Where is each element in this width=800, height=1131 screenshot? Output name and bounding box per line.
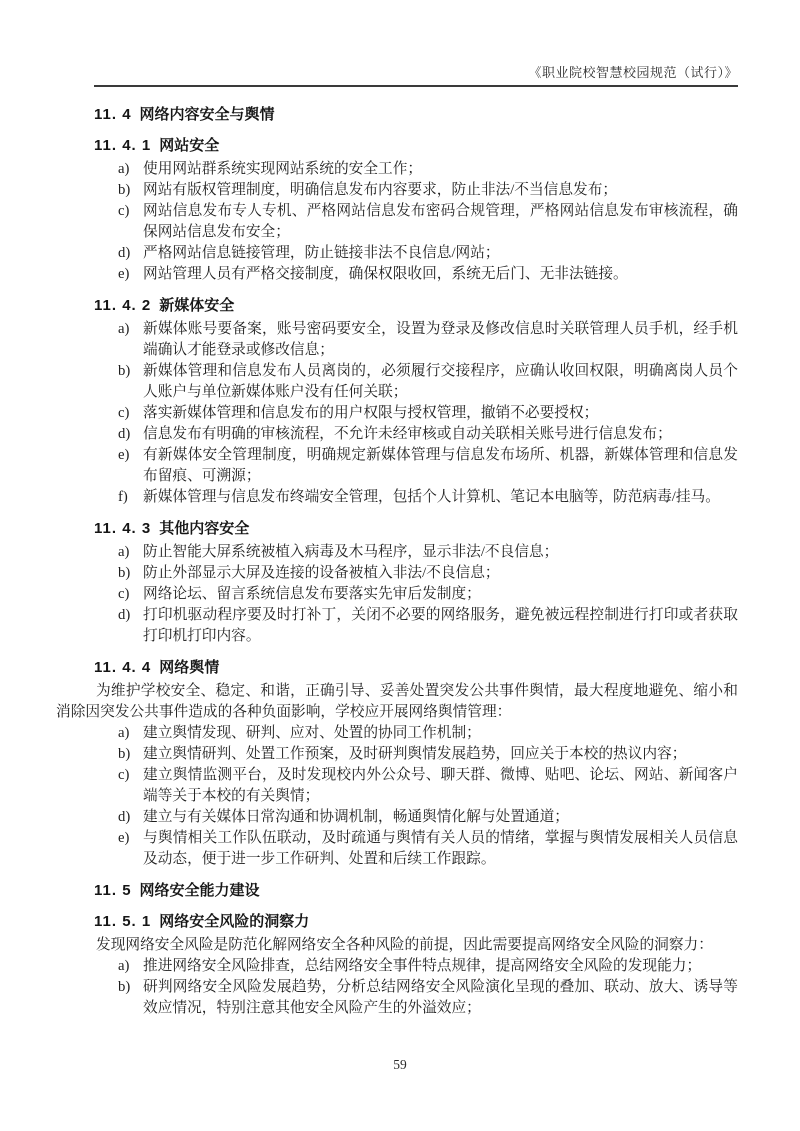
list-item: a)防止智能大屏系统被植入病毒及木马程序，显示非法/不良信息； xyxy=(56,542,738,563)
page-footer: 59 xyxy=(0,1054,800,1075)
list-item: d)建立与有关媒体日常沟通和协调机制，畅通舆情化解与处置通道； xyxy=(56,807,738,828)
paragraph-11-4-4-intro: 为维护学校安全、稳定、和谐，正确引导、妥善处置突发公共事件舆情，最大程度地避免、… xyxy=(56,681,738,723)
list-text: 推进网络安全风险排查，总结网络安全事件特点规律，提高网络安全风险的发现能力； xyxy=(143,958,701,974)
list-text: 打印机驱动程序要及时打补丁，关闭不必要的网络服务，避免被远程控制进行打印或者获取… xyxy=(143,607,738,644)
list-text: 与舆情相关工作队伍联动，及时疏通与舆情有关人员的情绪，掌握与舆情发展相关人员信息… xyxy=(143,830,738,867)
list-marker: c) xyxy=(118,584,129,605)
list-text: 信息发布有明确的审核流程，不允许未经审核或自动关联相关账号进行信息发布； xyxy=(143,426,672,442)
section-heading-11-4: 11. 4网络内容安全与舆情 xyxy=(94,104,738,125)
list-item: d)严格网站信息链接管理，防止链接非法不良信息/网站； xyxy=(56,243,738,264)
list-item: e)与舆情相关工作队伍联动，及时疏通与舆情有关人员的情绪，掌握与舆情发展相关人员… xyxy=(56,828,738,870)
list-marker: d) xyxy=(118,424,130,445)
list-text: 网站信息发布专人专机、严格网站信息发布密码合规管理，严格网站信息发布审核流程，确… xyxy=(143,203,738,240)
section-number: 11. 4. 3 xyxy=(94,520,151,537)
section-title: 网络舆情 xyxy=(159,659,219,676)
list-item: d)信息发布有明确的审核流程，不允许未经审核或自动关联相关账号进行信息发布； xyxy=(56,424,738,445)
list-marker: f) xyxy=(118,487,128,508)
list-item: a)使用网站群系统实现网站系统的安全工作； xyxy=(56,159,738,180)
list-marker: a) xyxy=(118,723,129,744)
list-11-5-1: a)推进网络安全风险排查，总结网络安全事件特点规律，提高网络安全风险的发现能力；… xyxy=(56,956,738,1019)
header-rule xyxy=(94,85,738,87)
list-marker: e) xyxy=(118,445,129,466)
list-marker: a) xyxy=(118,319,129,340)
list-marker: a) xyxy=(118,159,129,180)
list-marker: d) xyxy=(118,243,130,264)
section-title: 网站安全 xyxy=(159,137,219,154)
list-marker: b) xyxy=(118,744,130,765)
list-marker: d) xyxy=(118,807,130,828)
list-11-4-4: a)建立舆情发现、研判、应对、处置的协同工作机制； b)建立舆情研判、处置工作预… xyxy=(56,723,738,870)
list-item: c)落实新媒体管理和信息发布的用户权限与授权管理，撤销不必要授权； xyxy=(56,403,738,424)
list-marker: c) xyxy=(118,201,129,222)
list-item: a)新媒体账号要备案，账号密码要安全，设置为登录及修改信息时关联管理人员手机，经… xyxy=(56,319,738,361)
list-item: f)新媒体管理与信息发布终端安全管理，包括个人计算机、笔记本电脑等，防范病毒/挂… xyxy=(56,487,738,508)
section-number: 11. 4 xyxy=(94,106,132,123)
list-text: 研判网络安全风险发展趋势，分析总结网络安全风险演化呈现的叠加、联动、放大、诱导等… xyxy=(143,979,738,1016)
list-text: 新媒体管理和信息发布人员离岗的，必须履行交接程序，应确认收回权限，明确离岗人员个… xyxy=(143,363,738,400)
list-marker: c) xyxy=(118,403,129,424)
list-item: a)推进网络安全风险排查，总结网络安全事件特点规律，提高网络安全风险的发现能力； xyxy=(56,956,738,977)
list-text: 网站管理人员有严格交接制度，确保权限收回，系统无后门、无非法链接。 xyxy=(143,266,628,282)
section-heading-11-4-4: 11. 4. 4网络舆情 xyxy=(94,657,738,678)
list-item: b)防止外部显示大屏及连接的设备被植入非法/不良信息； xyxy=(56,563,738,584)
list-text: 有新媒体安全管理制度，明确规定新媒体管理与信息发布场所、机器，新媒体管理和信息发… xyxy=(143,447,738,484)
list-text: 防止外部显示大屏及连接的设备被植入非法/不良信息； xyxy=(143,565,500,581)
list-item: c)建立舆情监测平台，及时发现校内外公众号、聊天群、微博、贴吧、论坛、网站、新闻… xyxy=(56,765,738,807)
running-header-title: 《职业院校智慧校园规范（试行）》 xyxy=(0,64,738,81)
section-number: 11. 4. 1 xyxy=(94,137,151,154)
section-heading-11-5-1: 11. 5. 1网络安全风险的洞察力 xyxy=(94,911,738,932)
list-11-4-3: a)防止智能大屏系统被植入病毒及木马程序，显示非法/不良信息； b)防止外部显示… xyxy=(56,542,738,647)
section-heading-11-5: 11. 5网络安全能力建设 xyxy=(94,880,738,901)
list-item: c)网络论坛、留言系统信息发布要落实先审后发制度； xyxy=(56,584,738,605)
list-marker: d) xyxy=(118,605,130,626)
section-heading-11-4-3: 11. 4. 3其他内容安全 xyxy=(94,518,738,539)
list-text: 使用网站群系统实现网站系统的安全工作； xyxy=(143,161,422,177)
section-heading-11-4-2: 11. 4. 2新媒体安全 xyxy=(94,295,738,316)
section-number: 11. 4. 4 xyxy=(94,659,151,676)
list-11-4-2: a)新媒体账号要备案，账号密码要安全，设置为登录及修改信息时关联管理人员手机，经… xyxy=(56,319,738,508)
list-marker: e) xyxy=(118,828,129,849)
list-marker: b) xyxy=(118,563,130,584)
list-marker: b) xyxy=(118,361,130,382)
section-title: 新媒体安全 xyxy=(159,297,234,314)
list-text: 网站有版权管理制度，明确信息发布内容要求，防止非法/不当信息发布； xyxy=(143,182,617,198)
list-text: 建立舆情研判、处置工作预案，及时研判舆情发展趋势，回应关于本校的热议内容； xyxy=(143,746,686,762)
list-text: 建立舆情监测平台，及时发现校内外公众号、聊天群、微博、贴吧、论坛、网站、新闻客户… xyxy=(143,767,738,804)
section-title: 网络内容安全与舆情 xyxy=(140,106,275,123)
list-text: 新媒体账号要备案，账号密码要安全，设置为登录及修改信息时关联管理人员手机，经手机… xyxy=(143,321,738,358)
list-item: a)建立舆情发现、研判、应对、处置的协同工作机制； xyxy=(56,723,738,744)
section-title: 网络安全能力建设 xyxy=(140,882,260,899)
list-marker: a) xyxy=(118,956,129,977)
list-marker: e) xyxy=(118,264,129,285)
list-11-4-1: a)使用网站群系统实现网站系统的安全工作； b)网站有版权管理制度，明确信息发布… xyxy=(56,159,738,285)
section-title: 网络安全风险的洞察力 xyxy=(159,913,309,930)
list-item: e)网站管理人员有严格交接制度，确保权限收回，系统无后门、无非法链接。 xyxy=(56,264,738,285)
list-marker: c) xyxy=(118,765,129,786)
section-number: 11. 4. 2 xyxy=(94,297,151,314)
paragraph-11-5-1-intro: 发现网络安全风险是防范化解网络安全各种风险的前提，因此需要提高网络安全风险的洞察… xyxy=(56,935,738,956)
section-number: 11. 5 xyxy=(94,882,132,899)
section-number: 11. 5. 1 xyxy=(94,913,151,930)
list-item: b)建立舆情研判、处置工作预案，及时研判舆情发展趋势，回应关于本校的热议内容； xyxy=(56,744,738,765)
list-item: d)打印机驱动程序要及时打补丁，关闭不必要的网络服务，避免被远程控制进行打印或者… xyxy=(56,605,738,647)
list-item: e)有新媒体安全管理制度，明确规定新媒体管理与信息发布场所、机器，新媒体管理和信… xyxy=(56,445,738,487)
running-header: 《职业院校智慧校园规范（试行）》 xyxy=(0,64,738,87)
list-item: b)研判网络安全风险发展趋势，分析总结网络安全风险演化呈现的叠加、联动、放大、诱… xyxy=(56,977,738,1019)
list-text: 网络论坛、留言系统信息发布要落实先审后发制度； xyxy=(143,586,481,602)
list-text: 防止智能大屏系统被植入病毒及木马程序，显示非法/不良信息； xyxy=(143,544,558,560)
list-text: 新媒体管理与信息发布终端安全管理，包括个人计算机、笔记本电脑等，防范病毒/挂马。 xyxy=(143,489,720,505)
list-marker: b) xyxy=(118,180,130,201)
list-marker: b) xyxy=(118,977,130,998)
list-item: b)新媒体管理和信息发布人员离岗的，必须履行交接程序，应确认收回权限，明确离岗人… xyxy=(56,361,738,403)
page-number: 59 xyxy=(393,1057,407,1072)
document-content: 11. 4网络内容安全与舆情 11. 4. 1网站安全 a)使用网站群系统实现网… xyxy=(56,104,738,1019)
list-marker: a) xyxy=(118,542,129,563)
list-text: 严格网站信息链接管理，防止链接非法不良信息/网站； xyxy=(143,245,500,261)
section-title: 其他内容安全 xyxy=(159,520,249,537)
list-item: b)网站有版权管理制度，明确信息发布内容要求，防止非法/不当信息发布； xyxy=(56,180,738,201)
list-text: 建立与有关媒体日常沟通和协调机制，畅通舆情化解与处置通道； xyxy=(143,809,569,825)
list-text: 建立舆情发现、研判、应对、处置的协同工作机制； xyxy=(143,725,481,741)
section-heading-11-4-1: 11. 4. 1网站安全 xyxy=(94,135,738,156)
list-item: c)网站信息发布专人专机、严格网站信息发布密码合规管理，严格网站信息发布审核流程… xyxy=(56,201,738,243)
document-page: 《职业院校智慧校园规范（试行）》 11. 4网络内容安全与舆情 11. 4. 1… xyxy=(0,0,800,1131)
list-text: 落实新媒体管理和信息发布的用户权限与授权管理，撤销不必要授权； xyxy=(143,405,598,421)
